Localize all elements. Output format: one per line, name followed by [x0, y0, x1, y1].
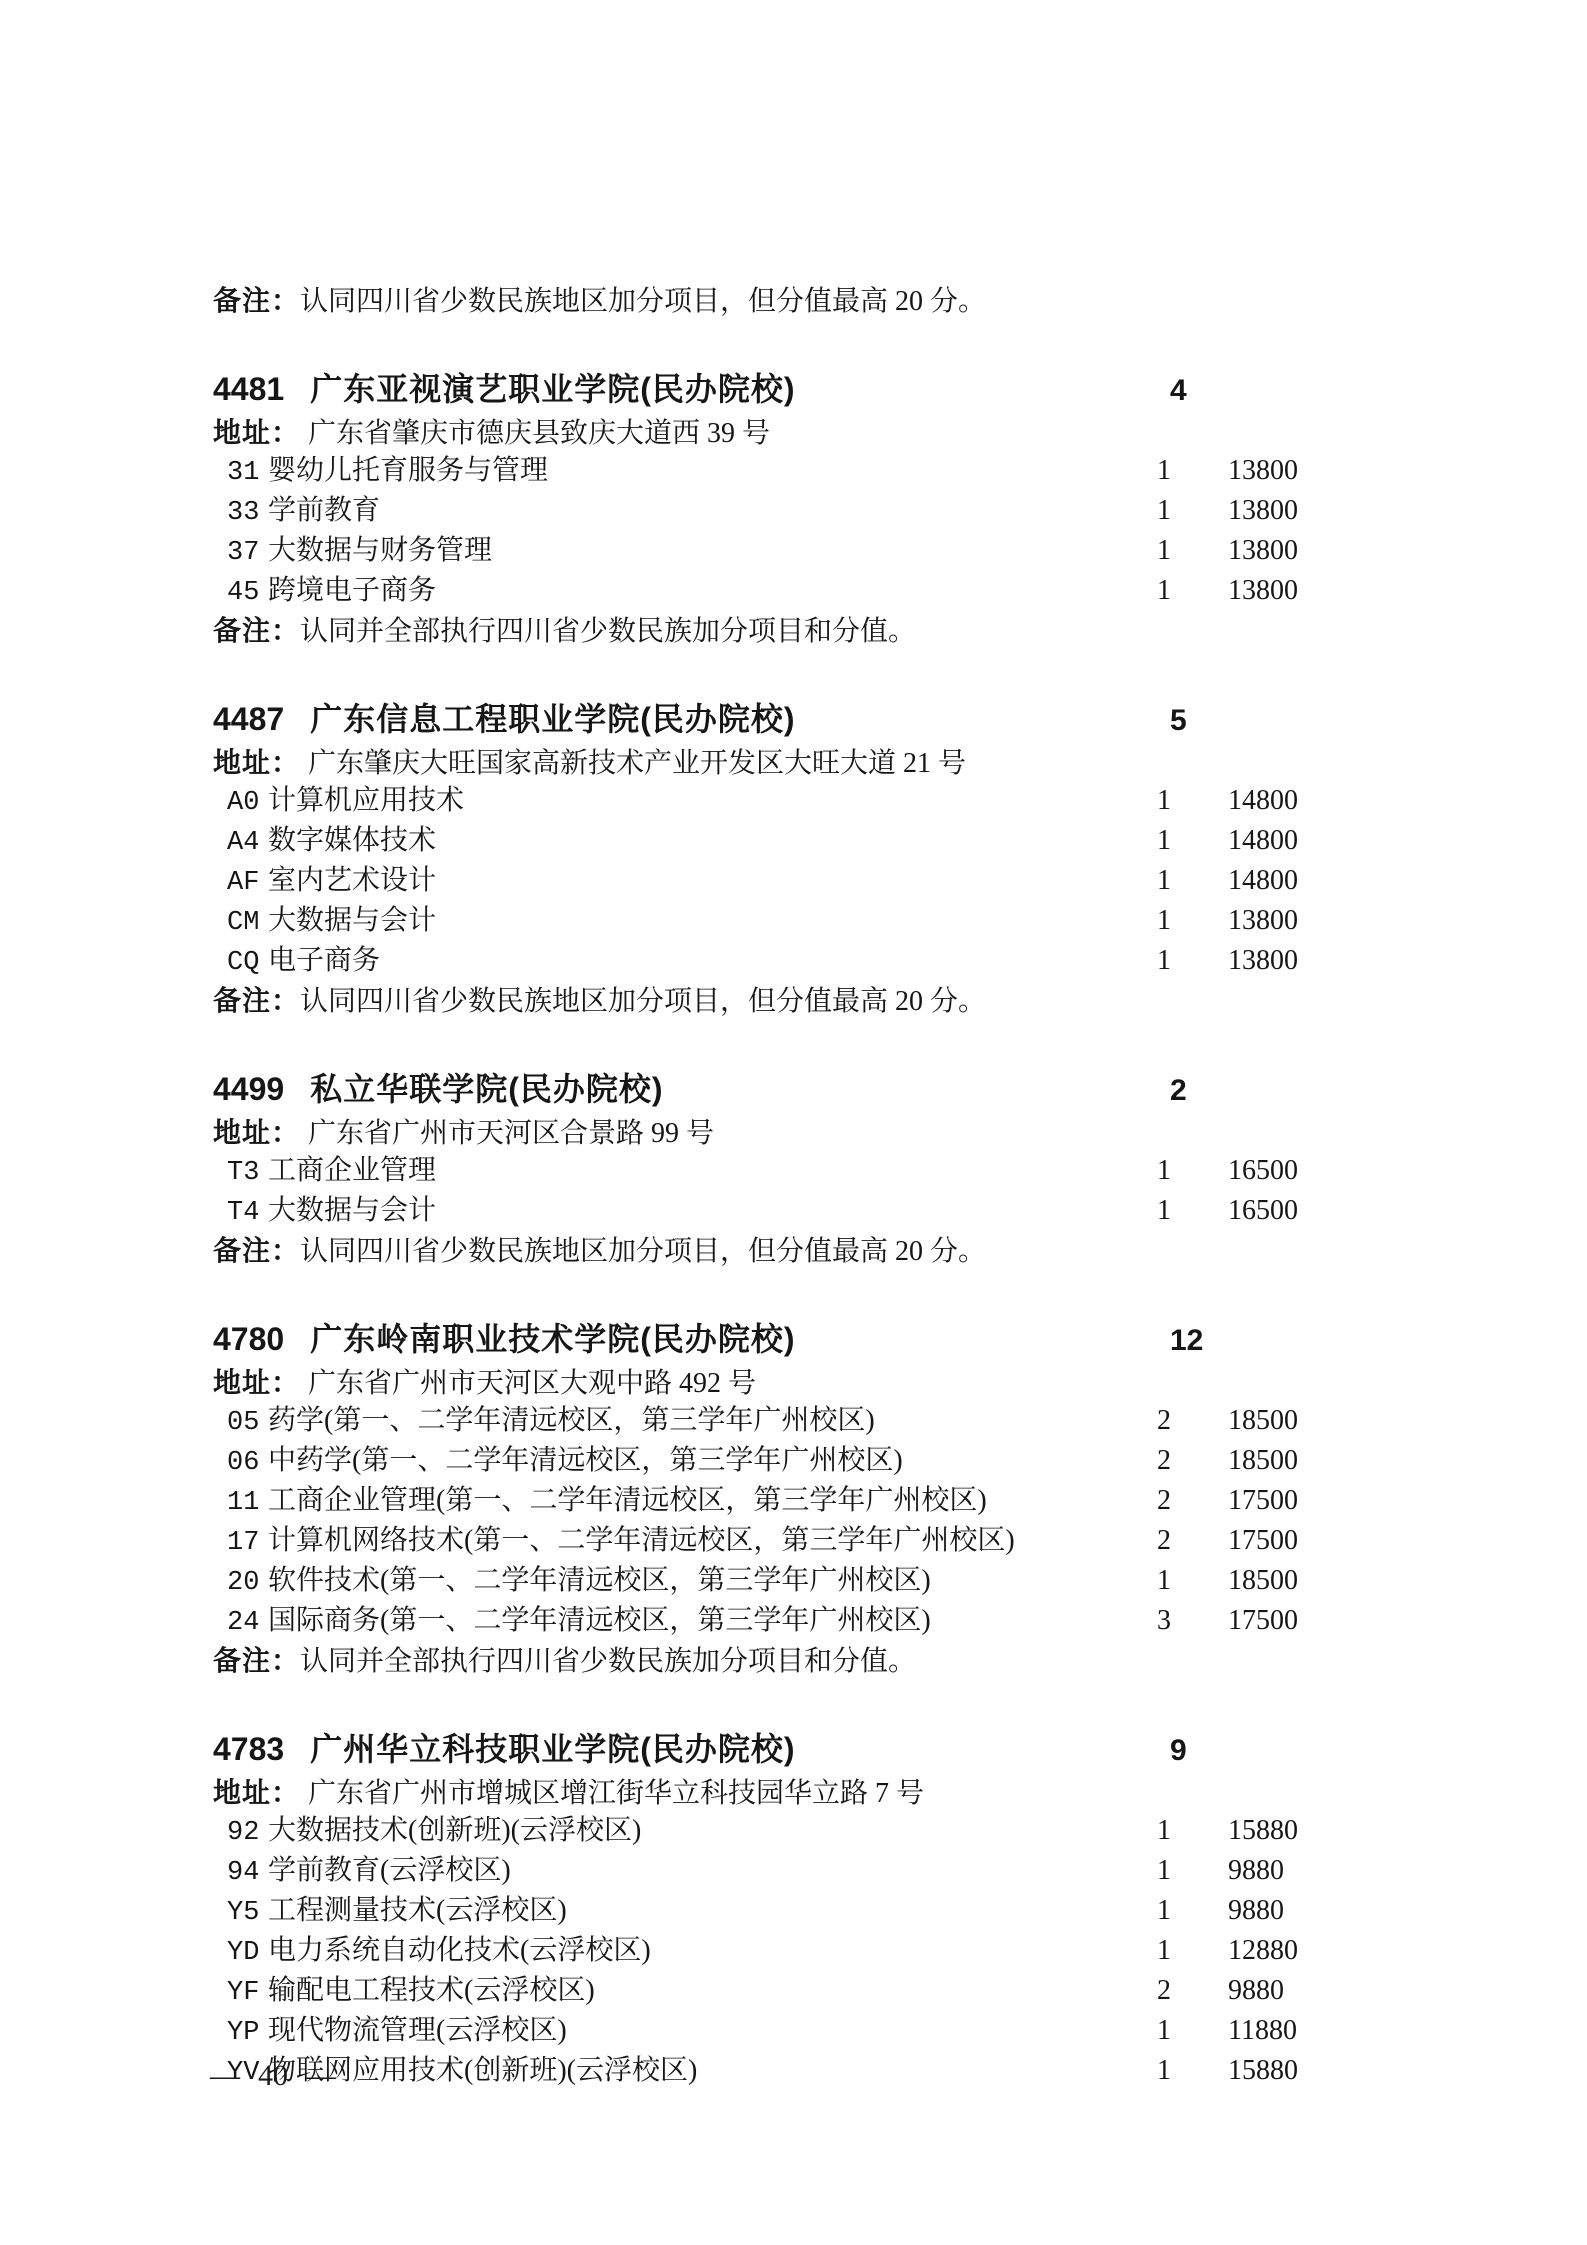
- program-fee: 14800: [1228, 782, 1308, 819]
- program-name: 学前教育(云浮校区): [268, 1852, 1138, 1889]
- program-plan-count: 1: [1138, 862, 1190, 899]
- program-plan-count: 2: [1138, 1482, 1190, 1519]
- college-code: 4499: [213, 1066, 284, 1112]
- program-fee: 17500: [1228, 1522, 1308, 1559]
- college-name: 广东信息工程职业学院(民办院校): [310, 696, 1170, 742]
- program-plan-count: 1: [1138, 1852, 1190, 1889]
- address-label: 地址：: [213, 1367, 300, 1398]
- college-section: 4783 广州华立科技职业学院(民办院校) 9 地址：广东省广州市增城区增江街华…: [213, 1726, 1308, 2092]
- program-row: CQ 电子商务 1 13800: [213, 942, 1308, 982]
- program-list: 92 大数据技术(创新班)(云浮校区) 1 15880 94 学前教育(云浮校区…: [213, 1812, 1308, 2092]
- program-plan-count: 2: [1138, 1402, 1190, 1439]
- program-name: 中药学(第一、二学年清远校区，第三学年广州校区): [268, 1442, 1138, 1479]
- program-name: 大数据技术(创新班)(云浮校区): [268, 1812, 1138, 1849]
- college-plan-total: 4: [1170, 368, 1308, 414]
- program-fee: 13800: [1228, 532, 1308, 569]
- program-name: 现代物流管理(云浮校区): [268, 2012, 1138, 2049]
- program-row: 45 跨境电子商务 1 13800: [213, 572, 1308, 612]
- college-address-line: 地址：广东省广州市增城区增江街华立科技园华立路 7 号: [213, 1774, 1308, 1812]
- college-name: 广东亚视演艺职业学院(民办院校): [310, 366, 1170, 412]
- program-fee: 13800: [1228, 452, 1308, 489]
- page-number: — 40 —: [210, 2056, 336, 2096]
- college-code: 4481: [213, 366, 284, 412]
- top-remark-line: 备注：认同四川省少数民族地区加分项目，但分值最高 20 分。: [213, 282, 1308, 320]
- remark-text: 认同四川省少数民族地区加分项目，但分值最高 20 分。: [300, 1236, 986, 1267]
- address-label: 地址：: [213, 1777, 300, 1808]
- program-name: 大数据与财务管理: [268, 532, 1138, 569]
- program-name: 软件技术(第一、二学年清远校区，第三学年广州校区): [268, 1562, 1138, 1599]
- college-plan-total: 5: [1170, 698, 1308, 744]
- program-fee: 18500: [1228, 1442, 1308, 1479]
- program-name: 婴幼儿托育服务与管理: [268, 452, 1138, 489]
- program-fee: 11880: [1228, 2012, 1308, 2049]
- remark-label: 备注：: [213, 1235, 300, 1266]
- program-row: A0 计算机应用技术 1 14800: [213, 782, 1308, 822]
- remark-label: 备注：: [213, 985, 300, 1016]
- program-code: 92: [227, 1815, 268, 1852]
- program-name: 大数据与会计: [268, 1192, 1138, 1229]
- college-section: 4780 广东岭南职业技术学院(民办院校) 12 地址：广东省广州市天河区大观中…: [213, 1316, 1308, 1680]
- program-plan-count: 1: [1138, 452, 1190, 489]
- remark-label: 备注：: [213, 615, 300, 646]
- program-plan-count: 1: [1138, 782, 1190, 819]
- footer-right-dash: —: [306, 2056, 336, 2096]
- college-header: 4481 广东亚视演艺职业学院(民办院校) 4: [213, 366, 1308, 414]
- program-code: T4: [227, 1195, 268, 1232]
- program-name: 计算机应用技术: [268, 782, 1138, 819]
- program-code: A4: [227, 825, 268, 862]
- program-name: 工程测量技术(云浮校区): [268, 1892, 1138, 1929]
- college-sections: 4481 广东亚视演艺职业学院(民办院校) 4 地址：广东省肇庆市德庆县致庆大道…: [213, 366, 1308, 2092]
- program-plan-count: 1: [1138, 2052, 1190, 2089]
- program-row: 92 大数据技术(创新班)(云浮校区) 1 15880: [213, 1812, 1308, 1852]
- program-code: 17: [227, 1525, 268, 1562]
- program-row: YD 电力系统自动化技术(云浮校区) 1 12880: [213, 1932, 1308, 1972]
- college-header: 4499 私立华联学院(民办院校) 2: [213, 1066, 1308, 1114]
- college-plan-total: 12: [1170, 1318, 1308, 1364]
- program-fee: 13800: [1228, 492, 1308, 529]
- program-row: Y5 工程测量技术(云浮校区) 1 9880: [213, 1892, 1308, 1932]
- college-address-line: 地址：广东省广州市天河区大观中路 492 号: [213, 1364, 1308, 1402]
- program-name: 数字媒体技术: [268, 822, 1138, 859]
- remark-text: 认同四川省少数民族地区加分项目，但分值最高 20 分。: [300, 986, 986, 1017]
- top-remark-label: 备注：: [213, 285, 300, 316]
- college-address-line: 地址：广东肇庆大旺国家高新技术产业开发区大旺大道 21 号: [213, 744, 1308, 782]
- program-row: T3 工商企业管理 1 16500: [213, 1152, 1308, 1192]
- program-row: 31 婴幼儿托育服务与管理 1 13800: [213, 452, 1308, 492]
- program-name: 电子商务: [268, 942, 1138, 979]
- program-code: A0: [227, 785, 268, 822]
- program-code: Y5: [227, 1895, 268, 1932]
- program-plan-count: 1: [1138, 1562, 1190, 1599]
- program-code: CM: [227, 905, 268, 942]
- program-name: 工商企业管理: [268, 1152, 1138, 1189]
- program-plan-count: 1: [1138, 902, 1190, 939]
- program-fee: 17500: [1228, 1602, 1308, 1639]
- address-label: 地址：: [213, 417, 300, 448]
- program-name: 输配电工程技术(云浮校区): [268, 1972, 1138, 2009]
- college-header: 4487 广东信息工程职业学院(民办院校) 5: [213, 696, 1308, 744]
- program-code: 06: [227, 1445, 268, 1482]
- top-remark-text: 认同四川省少数民族地区加分项目，但分值最高 20 分。: [300, 286, 986, 317]
- college-plan-total: 9: [1170, 1728, 1308, 1774]
- program-list: 31 婴幼儿托育服务与管理 1 13800 33 学前教育 1 13800 37…: [213, 452, 1308, 612]
- college-header: 4780 广东岭南职业技术学院(民办院校) 12: [213, 1316, 1308, 1364]
- college-name: 广州华立科技职业学院(民办院校): [310, 1726, 1170, 1772]
- program-fee: 12880: [1228, 1932, 1308, 1969]
- program-code: 31: [227, 455, 268, 492]
- program-fee: 17500: [1228, 1482, 1308, 1519]
- program-plan-count: 1: [1138, 1812, 1190, 1849]
- program-row: 24 国际商务(第一、二学年清远校区，第三学年广州校区) 3 17500: [213, 1602, 1308, 1642]
- program-name: 工商企业管理(第一、二学年清远校区，第三学年广州校区): [268, 1482, 1138, 1519]
- footer-page-number: 40: [258, 2056, 288, 2096]
- college-code: 4783: [213, 1726, 284, 1772]
- college-remark-line: 备注：认同四川省少数民族地区加分项目，但分值最高 20 分。: [213, 982, 1308, 1020]
- program-row: 05 药学(第一、二学年清远校区，第三学年广州校区) 2 18500: [213, 1402, 1308, 1442]
- remark-text: 认同并全部执行四川省少数民族加分项目和分值。: [300, 616, 916, 647]
- program-fee: 14800: [1228, 862, 1308, 899]
- program-code: 37: [227, 535, 268, 572]
- program-code: YD: [227, 1935, 268, 1972]
- program-row: 37 大数据与财务管理 1 13800: [213, 532, 1308, 572]
- program-fee: 9880: [1228, 1892, 1308, 1929]
- program-plan-count: 1: [1138, 942, 1190, 979]
- college-plan-total: 2: [1170, 1068, 1308, 1114]
- program-fee: 16500: [1228, 1192, 1308, 1229]
- program-fee: 16500: [1228, 1152, 1308, 1189]
- college-name: 广东岭南职业技术学院(民办院校): [310, 1316, 1170, 1362]
- address-text: 广东省广州市增城区增江街华立科技园华立路 7 号: [308, 1778, 924, 1809]
- program-code: 94: [227, 1855, 268, 1892]
- program-row: 94 学前教育(云浮校区) 1 9880: [213, 1852, 1308, 1892]
- program-fee: 13800: [1228, 572, 1308, 609]
- program-fee: 13800: [1228, 942, 1308, 979]
- address-text: 广东省广州市天河区合景路 99 号: [308, 1118, 714, 1149]
- program-code: CQ: [227, 945, 268, 982]
- college-section: 4481 广东亚视演艺职业学院(民办院校) 4 地址：广东省肇庆市德庆县致庆大道…: [213, 366, 1308, 650]
- program-name: 大数据与会计: [268, 902, 1138, 939]
- program-code: T3: [227, 1155, 268, 1192]
- program-row: 20 软件技术(第一、二学年清远校区，第三学年广州校区) 1 18500: [213, 1562, 1308, 1602]
- program-row: YV 物联网应用技术(创新班)(云浮校区) 1 15880: [213, 2052, 1308, 2092]
- program-name: 电力系统自动化技术(云浮校区): [268, 1932, 1138, 1969]
- program-plan-count: 1: [1138, 492, 1190, 529]
- program-name: 跨境电子商务: [268, 572, 1138, 609]
- program-fee: 13800: [1228, 902, 1308, 939]
- document-page: 备注：认同四川省少数民族地区加分项目，但分值最高 20 分。 4481 广东亚视…: [0, 0, 1587, 2245]
- college-code: 4487: [213, 696, 284, 742]
- program-plan-count: 1: [1138, 572, 1190, 609]
- program-plan-count: 1: [1138, 822, 1190, 859]
- college-header: 4783 广州华立科技职业学院(民办院校) 9: [213, 1726, 1308, 1774]
- program-row: YP 现代物流管理(云浮校区) 1 11880: [213, 2012, 1308, 2052]
- program-fee: 15880: [1228, 2052, 1308, 2089]
- program-name: 学前教育: [268, 492, 1138, 529]
- college-code: 4780: [213, 1316, 284, 1362]
- program-fee: 14800: [1228, 822, 1308, 859]
- program-code: 05: [227, 1405, 268, 1442]
- program-name: 药学(第一、二学年清远校区，第三学年广州校区): [268, 1402, 1138, 1439]
- remark-text: 认同并全部执行四川省少数民族加分项目和分值。: [300, 1646, 916, 1677]
- program-list: T3 工商企业管理 1 16500 T4 大数据与会计 1 16500: [213, 1152, 1308, 1232]
- program-row: YF 输配电工程技术(云浮校区) 2 9880: [213, 1972, 1308, 2012]
- address-label: 地址：: [213, 747, 300, 778]
- footer-left-dash: —: [210, 2056, 240, 2096]
- address-text: 广东肇庆大旺国家高新技术产业开发区大旺大道 21 号: [308, 748, 966, 779]
- page-content: 备注：认同四川省少数民族地区加分项目，但分值最高 20 分。 4481 广东亚视…: [213, 282, 1308, 2092]
- program-plan-count: 1: [1138, 1152, 1190, 1189]
- college-address-line: 地址：广东省广州市天河区合景路 99 号: [213, 1114, 1308, 1152]
- program-row: A4 数字媒体技术 1 14800: [213, 822, 1308, 862]
- program-plan-count: 1: [1138, 1192, 1190, 1229]
- program-plan-count: 2: [1138, 1522, 1190, 1559]
- program-plan-count: 2: [1138, 1972, 1190, 2009]
- program-plan-count: 3: [1138, 1602, 1190, 1639]
- program-code: 24: [227, 1605, 268, 1642]
- program-code: YP: [227, 2015, 268, 2052]
- program-fee: 9880: [1228, 1972, 1308, 2009]
- program-plan-count: 1: [1138, 2012, 1190, 2049]
- program-fee: 18500: [1228, 1402, 1308, 1439]
- college-remark-line: 备注：认同四川省少数民族地区加分项目，但分值最高 20 分。: [213, 1232, 1308, 1270]
- address-text: 广东省肇庆市德庆县致庆大道西 39 号: [308, 418, 770, 449]
- program-fee: 9880: [1228, 1852, 1308, 1889]
- program-list: 05 药学(第一、二学年清远校区，第三学年广州校区) 2 18500 06 中药…: [213, 1402, 1308, 1642]
- college-name: 私立华联学院(民办院校): [310, 1066, 1170, 1112]
- program-code: 20: [227, 1565, 268, 1602]
- program-plan-count: 1: [1138, 1892, 1190, 1929]
- program-fee: 18500: [1228, 1562, 1308, 1599]
- program-code: 11: [227, 1485, 268, 1522]
- program-name: 室内艺术设计: [268, 862, 1138, 899]
- program-list: A0 计算机应用技术 1 14800 A4 数字媒体技术 1 14800 AF …: [213, 782, 1308, 982]
- program-row: AF 室内艺术设计 1 14800: [213, 862, 1308, 902]
- college-section: 4499 私立华联学院(民办院校) 2 地址：广东省广州市天河区合景路 99 号…: [213, 1066, 1308, 1270]
- program-code: 45: [227, 575, 268, 612]
- program-row: 11 工商企业管理(第一、二学年清远校区，第三学年广州校区) 2 17500: [213, 1482, 1308, 1522]
- program-name: 国际商务(第一、二学年清远校区，第三学年广州校区): [268, 1602, 1138, 1639]
- college-remark-line: 备注：认同并全部执行四川省少数民族加分项目和分值。: [213, 612, 1308, 650]
- college-remark-line: 备注：认同并全部执行四川省少数民族加分项目和分值。: [213, 1642, 1308, 1680]
- college-address-line: 地址：广东省肇庆市德庆县致庆大道西 39 号: [213, 414, 1308, 452]
- program-name: 物联网应用技术(创新班)(云浮校区): [268, 2052, 1138, 2089]
- program-row: 06 中药学(第一、二学年清远校区，第三学年广州校区) 2 18500: [213, 1442, 1308, 1482]
- program-row: T4 大数据与会计 1 16500: [213, 1192, 1308, 1232]
- program-row: CM 大数据与会计 1 13800: [213, 902, 1308, 942]
- program-code: 33: [227, 495, 268, 532]
- address-label: 地址：: [213, 1117, 300, 1148]
- program-code: YF: [227, 1975, 268, 2012]
- address-text: 广东省广州市天河区大观中路 492 号: [308, 1368, 756, 1399]
- program-row: 33 学前教育 1 13800: [213, 492, 1308, 532]
- program-plan-count: 2: [1138, 1442, 1190, 1479]
- program-code: AF: [227, 865, 268, 902]
- remark-label: 备注：: [213, 1645, 300, 1676]
- program-row: 17 计算机网络技术(第一、二学年清远校区，第三学年广州校区) 2 17500: [213, 1522, 1308, 1562]
- program-plan-count: 1: [1138, 532, 1190, 569]
- program-name: 计算机网络技术(第一、二学年清远校区，第三学年广州校区): [268, 1522, 1138, 1559]
- program-plan-count: 1: [1138, 1932, 1190, 1969]
- college-section: 4487 广东信息工程职业学院(民办院校) 5 地址：广东肇庆大旺国家高新技术产…: [213, 696, 1308, 1020]
- program-fee: 15880: [1228, 1812, 1308, 1849]
